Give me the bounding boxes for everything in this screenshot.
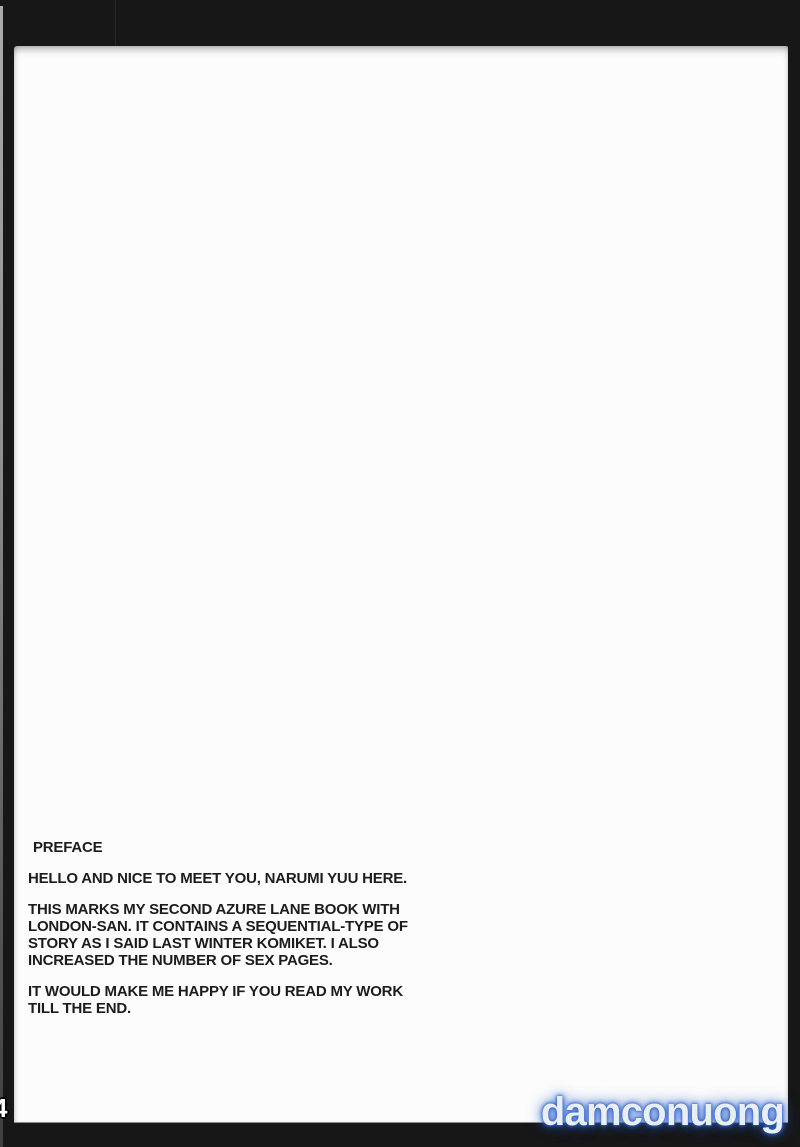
preface-paragraph: IT WOULD MAKE ME HAPPY IF YOU READ MY WO… (28, 983, 428, 1017)
page-number: 4 (0, 1095, 7, 1121)
preface-line: LONDON-SAN. IT CONTAINS A SEQUENTIAL-TYP… (28, 918, 428, 935)
scan-seam (115, 0, 116, 46)
preface-line: IT WOULD MAKE ME HAPPY IF YOU READ MY WO… (28, 983, 428, 1000)
preface-text-block: PREFACE HELLO AND NICE TO MEET YOU, NARU… (28, 839, 428, 1017)
preface-line: THIS MARKS MY SECOND AZURE LANE BOOK WIT… (28, 901, 428, 918)
preface-line: STORY AS I SAID LAST WINTER KOMIKET. I A… (28, 935, 428, 952)
preface-paragraph: HELLO AND NICE TO MEET YOU, NARUMI YUU H… (28, 870, 428, 887)
preface-paragraph: THIS MARKS MY SECOND AZURE LANE BOOK WIT… (28, 901, 428, 969)
scanned-manga-page: PREFACE HELLO AND NICE TO MEET YOU, NARU… (0, 0, 800, 1147)
preface-line: TILL THE END. (28, 1000, 428, 1017)
scanner-edge-strip (0, 6, 3, 1147)
watermark-text: damconuong (541, 1092, 784, 1132)
preface-line: INCREASED THE NUMBER OF SEX PAGES. (28, 952, 428, 969)
preface-heading: PREFACE (33, 839, 428, 856)
preface-line: HELLO AND NICE TO MEET YOU, NARUMI YUU H… (28, 870, 428, 887)
